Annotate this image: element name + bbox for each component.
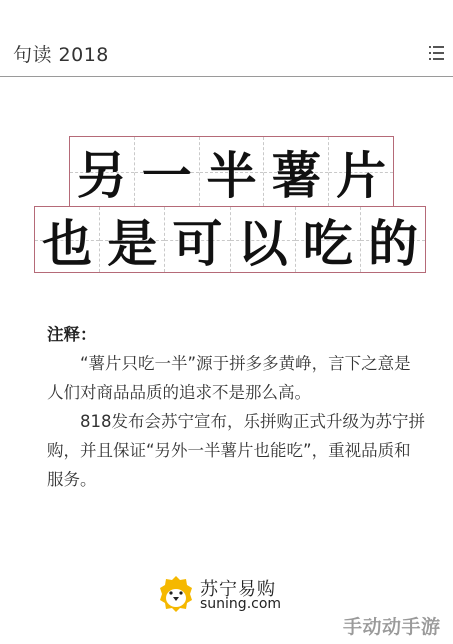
grid-cell: 的 [361, 207, 425, 272]
annotation-paragraph: 818发布会苏宁宣布，乐拼购正式升级为苏宁拼购，并且保证“另外一半薯片也能吃”，… [47, 407, 427, 494]
annotation-paragraph: “薯片只吃一半”源于拼多多黄峥，言下之意是人们对商品品质的追求不是那么高。 [47, 349, 427, 407]
grid-cell: 吃 [296, 207, 361, 272]
annotation-title: 注释： [47, 320, 427, 349]
grid-char: 一 [142, 136, 192, 208]
grid-cell: 薯 [264, 137, 329, 206]
grid-char: 片 [336, 136, 386, 208]
watermark: 手动动手游 [343, 612, 441, 639]
grid-cell: 半 [200, 137, 265, 206]
grid-char: 是 [107, 204, 157, 276]
grid-cell: 是 [100, 207, 165, 272]
grid-char: 可 [172, 204, 222, 276]
title-grid-line-2: 也 是 可 以 吃 的 [34, 206, 426, 273]
grid-char: 半 [206, 136, 256, 208]
grid-char: 另 [77, 136, 127, 208]
title-grid-line-1: 另 一 半 薯 片 [69, 136, 394, 207]
grid-char: 也 [42, 204, 92, 276]
menu-list-icon[interactable] [429, 46, 444, 60]
grid-cell: 一 [135, 137, 200, 206]
grid-cell: 片 [329, 137, 393, 206]
grid-cell: 也 [35, 207, 100, 272]
grid-char: 的 [368, 204, 418, 276]
grid-char: 以 [238, 204, 288, 276]
annotation-section: 注释： “薯片只吃一半”源于拼多多黄峥，言下之意是人们对商品品质的追求不是那么高… [47, 320, 427, 494]
suning-logo: 苏宁易购 suning.com [158, 573, 293, 617]
grid-char: 吃 [303, 204, 353, 276]
grid-cell: 可 [165, 207, 230, 272]
page-title: 句读 2018 [13, 40, 109, 67]
lion-icon [158, 576, 194, 612]
logo-domain: suning.com [200, 596, 281, 612]
grid-cell: 以 [231, 207, 296, 272]
grid-cell: 另 [70, 137, 135, 206]
header-bar: 句读 2018 [0, 0, 453, 77]
grid-char: 薯 [271, 136, 321, 208]
